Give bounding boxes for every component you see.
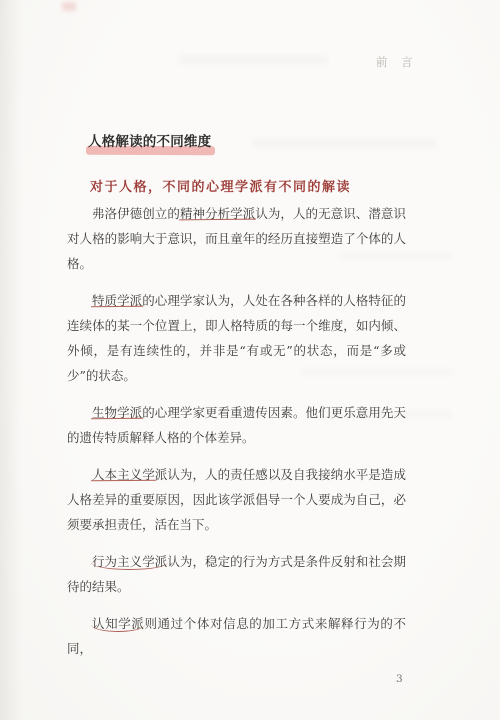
page-edge-shadow	[0, 0, 26, 720]
marked-school-term: 精神分析学派	[180, 206, 255, 221]
section-title-block: 人格解读的不同维度	[88, 134, 211, 154]
body-text: 弗洛伊德创立的精神分析学派认为，人的无意识、潜意识对人格的影响大于意识，而且童年…	[67, 201, 406, 673]
paragraph: 特质学派的心理学家认为，人处在各种各样的人格特征的连续体的某一个位置上，即人格特…	[67, 288, 406, 388]
marked-school-term: 认知学派	[92, 616, 144, 631]
paragraph: 生物学派的心理学家更看重遗传因素。他们更乐意用先天的遗传特质解释人格的个体差异。	[67, 400, 406, 450]
bleed-through-artifact	[178, 55, 328, 64]
paragraph: 行为主义学派认为，稳定的行为方式是条件反射和社会期待的结果。	[67, 549, 406, 599]
marked-school-term: 人本主义学	[92, 467, 155, 482]
page-number: 3	[396, 673, 403, 685]
running-header: 前 言	[376, 54, 414, 70]
marked-school-term: 行为主义学派	[92, 554, 167, 569]
section-title: 人格解读的不同维度	[88, 134, 211, 150]
section-subtitle: 对于人格，不同的心理学派有不同的解读	[90, 179, 351, 196]
marked-school-term: 特质学派	[92, 293, 142, 308]
paragraph: 认知学派则通过个体对信息的加工方式来解释行为的不同，	[67, 611, 406, 661]
scan-corner-smudge	[62, 2, 76, 11]
paragraph: 弗洛伊德创立的精神分析学派认为，人的无意识、潜意识对人格的影响大于意识，而且童年…	[67, 201, 406, 276]
text-segment: 弗洛伊德创立的	[92, 206, 180, 221]
paragraph: 人本主义学派认为，人的责任感以及自我接纳水平是造成人格差异的重要原因，因此该学派…	[67, 462, 406, 537]
book-page: 前 言 人格解读的不同维度 对于人格，不同的心理学派有不同的解读 弗洛伊德创立的…	[0, 0, 500, 720]
marked-school-term: 生物学派	[92, 405, 142, 420]
bleed-through-artifact	[252, 139, 437, 148]
